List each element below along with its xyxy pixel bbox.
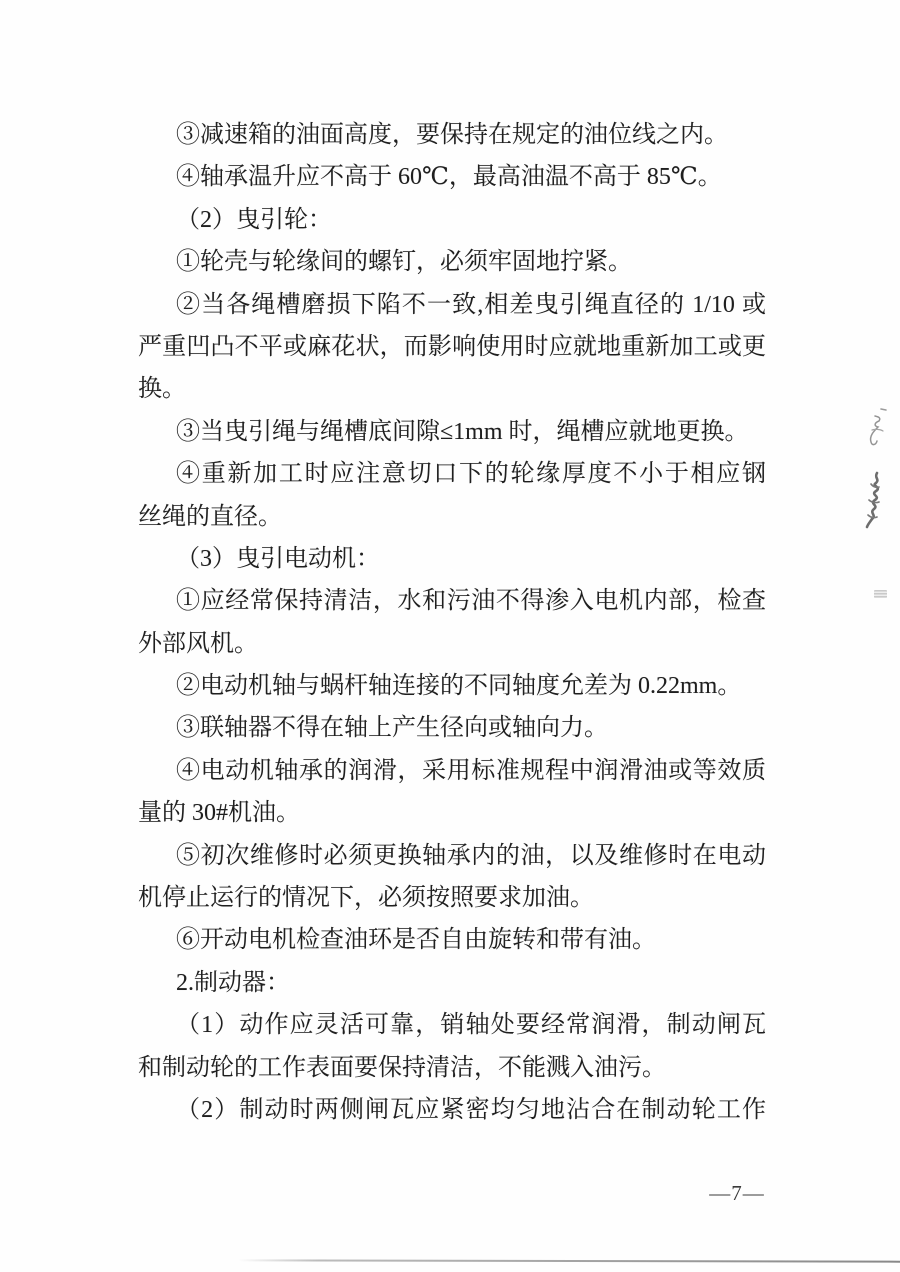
text-line: 量的 30#机油。 xyxy=(138,792,766,834)
text-line: ④电动机轴承的润滑，采用标准规程中润滑油或等效质 xyxy=(138,750,766,792)
text-line: ④重新加工时应注意切口下的轮缘厚度不小于相应钢 xyxy=(138,453,766,495)
text-line: ⑤初次维修时必须更换轴承内的油，以及维修时在电动 xyxy=(138,835,766,877)
text-line: ④轴承温升应不高于 60℃，最高油温不高于 85℃。 xyxy=(138,156,766,198)
page-number: —7— xyxy=(702,1181,772,1206)
text-line: （3）曳引电动机： xyxy=(138,538,766,580)
ink-smudge-small-icon xyxy=(874,590,887,598)
text-line: 机停止运行的情况下，必须按照要求加油。 xyxy=(138,877,766,919)
text-line: 2.制动器： xyxy=(138,962,766,1004)
handwriting-smudge-light-icon xyxy=(862,406,890,463)
text-line: ③减速箱的油面高度，要保持在规定的油位线之内。 xyxy=(138,114,766,156)
text-line: （1）动作应灵活可靠，销轴处要经常润滑，制动闸瓦 xyxy=(138,1004,766,1046)
text-line: ①轮壳与轮缘间的螺钉，必须牢固地拧紧。 xyxy=(138,241,766,283)
text-line: 换。 xyxy=(138,368,766,410)
text-line: （2）制动时两侧闸瓦应紧密均匀地沾合在制动轮工作 xyxy=(138,1089,766,1131)
text-line: 严重凹凸不平或麻花状，而影响使用时应就地重新加工或更 xyxy=(138,326,766,368)
text-line: ③当曳引绳与绳槽底间隙≤1mm 时，绳槽应就地更换。 xyxy=(138,411,766,453)
text-line: ②电动机轴与蜗杆轴连接的不同轴度允差为 0.22mm。 xyxy=(138,665,766,707)
text-line: ②当各绳槽磨损下陷不一致,相差曳引绳直径的 1/10 或 xyxy=(138,284,766,326)
handwriting-smudge-dark-icon xyxy=(863,470,885,535)
text-line: 丝绳的直径。 xyxy=(138,496,766,538)
text-line: 和制动轮的工作表面要保持清洁，不能溅入油污。 xyxy=(138,1047,766,1089)
scan-edge-shadow xyxy=(238,1259,900,1262)
text-line: ③联轴器不得在轴上产生径向或轴向力。 xyxy=(138,707,766,749)
text-line: ⑥开动电机检查油环是否自由旋转和带有油。 xyxy=(138,919,766,961)
body-text: ③减速箱的油面高度，要保持在规定的油位线之内。 ④轴承温升应不高于 60℃，最高… xyxy=(138,114,766,1131)
text-line: （2）曳引轮： xyxy=(138,199,766,241)
text-line: ①应经常保持清洁，水和污油不得渗入电机内部，检查 xyxy=(138,580,766,622)
text-line: 外部风机。 xyxy=(138,623,766,665)
